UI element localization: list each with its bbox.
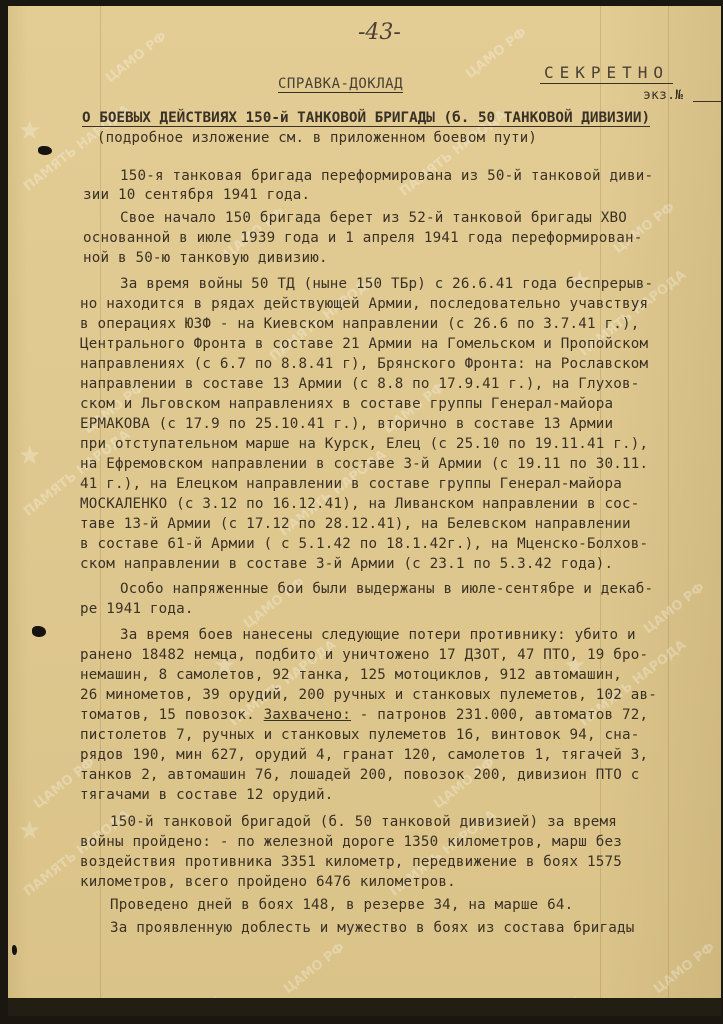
document-page: ЦАМО РФ ЦАМО РФ ★ ПАМЯТЬ НАРОДА ПАМЯТЬ Н… (8, 6, 721, 1016)
watermark-star-icon: ★ (18, 116, 41, 146)
document-text-line: ре 1941 года. (80, 601, 194, 617)
document-text-line: в составе 61-й Армии ( с 5.1.42 по 18.1.… (80, 536, 648, 552)
copy-number-label: экз.№ (643, 88, 683, 103)
document-text-line: тягачами в составе 12 орудий. (80, 787, 334, 803)
document-text-line: Проведено дней в боях 148, в резерве 34,… (110, 897, 573, 913)
watermark-archive: ЦАМО РФ (463, 25, 530, 82)
document-text-line: 150-й танковой бригадой (б. 50 танковой … (110, 814, 617, 830)
watermark-archive: ЦАМО РФ (431, 755, 498, 812)
document-text-line: 150-я танковая бригада переформирована и… (120, 168, 653, 184)
document-text-line: ранено 18482 немца, подбито и уничтожено… (80, 647, 648, 663)
watermark-star-icon: ★ (18, 816, 41, 846)
document-type: СПРАВКА-ДОКЛАД (278, 76, 403, 93)
document-text-line: Особо напряженные бои были выдержаны в и… (120, 581, 653, 597)
classification-stamp: СЕКРЕТНО (540, 63, 673, 84)
watermark-archive: ЦАМО РФ (651, 940, 718, 997)
scan-bottom-edge (8, 998, 721, 1016)
document-text-line: За время войны 50 ТД (ныне 150 ТБр) с 26… (120, 276, 653, 292)
document-text-line: в операциях ЮЗФ - на Киевском направлени… (80, 316, 639, 332)
document-text-line: таве 13-й Армии (с 17.12 по 28.12.41), н… (80, 516, 631, 532)
ink-blot (12, 945, 17, 955)
document-text-line: Свое начало 150 бригада берет из 52-й та… (120, 210, 627, 226)
watermark-archive: ЦАМО РФ (103, 29, 170, 86)
document-text-line: войны пройдено: - по железной дороге 135… (80, 834, 622, 850)
paper-fold (668, 6, 669, 1016)
document-text-line: ском и Льговском направлениях в составе … (80, 396, 613, 412)
document-text-line: За проявленную доблесть и мужество в боя… (110, 920, 635, 936)
document-text-line: на Ефремовском направлении в составе 3-й… (80, 456, 648, 472)
document-text-line: танков 2, автомашин 76, лошадей 200, пов… (80, 767, 639, 783)
captured-heading: Захвачено: (264, 707, 351, 723)
watermark-star-icon: ★ (18, 441, 41, 471)
document-text-line: зии 10 сентября 1941 года. (83, 187, 310, 203)
scan-left-edge (0, 0, 8, 1024)
document-text-line: направлении в составе 13 Армии (с 8.8 по… (80, 376, 639, 392)
watermark-archive: ЦАМО РФ (31, 755, 98, 812)
document-text-line: Центрального Фронта в составе 21 Армии н… (80, 336, 648, 352)
document-text-line: За время боев нанесены следующие потери … (120, 627, 636, 643)
document-text-line: ском направлении в составе 3-й Армии (с … (80, 556, 613, 572)
document-text-segment: томатов, 15 повозок. (80, 707, 255, 723)
document-text-line: ной в 50-ю танковую дивизию. (83, 250, 328, 266)
document-text-line: основанной в июле 1939 года и 1 апреля 1… (83, 230, 642, 246)
document-text-line: МОСКАЛЕНКО (с 3.12 по 16.12.41), на Лива… (80, 496, 639, 512)
document-text-line: ЕРМАКОВА (с 17.9 по 25.10.41 г.), вторич… (80, 416, 613, 432)
document-text-line: немашин, 8 самолетов, 92 танка, 125 мото… (80, 667, 622, 683)
ink-blot (38, 146, 52, 155)
document-text-segment: - патронов 231.000, автоматов 72, (351, 707, 648, 723)
document-text-line: но находится в рядах действующей Армии, … (80, 296, 648, 312)
document-text-line: томатов, 15 повозок. Захвачено: - патрон… (80, 707, 648, 723)
document-title: О БОЕВЫХ ДЕЙСТВИЯХ 150-й ТАНКОВОЙ БРИГАД… (82, 110, 650, 127)
document-text-line: при отступательном марше на Курск, Елец … (80, 436, 648, 452)
ink-blot (32, 626, 46, 637)
document-text-line: 41 г.), на Елецком направлении в составе… (80, 476, 622, 492)
document-text-line: пистолетов 7, ручных и станковых пулемет… (80, 727, 639, 743)
watermark-archive: ЦАМО РФ (281, 940, 348, 997)
document-text-line: километров, всего пройдено 6476 километр… (80, 874, 456, 890)
copy-number-field (693, 101, 721, 102)
page-number: -43- (358, 20, 401, 45)
document-text-line: рядов 190, мин 627, орудий 4, гранат 120… (80, 747, 648, 763)
document-text-line: 26 минометов, 39 орудий, 200 ручных и ст… (80, 687, 657, 703)
document-text-line: воздействия противника 3351 километр, пе… (80, 854, 622, 870)
document-subtitle: (подробное изложение см. в приложенном б… (97, 130, 537, 146)
document-text-line: направлениях (с 6.7 по 8.8.41 г), Брянск… (80, 356, 648, 372)
